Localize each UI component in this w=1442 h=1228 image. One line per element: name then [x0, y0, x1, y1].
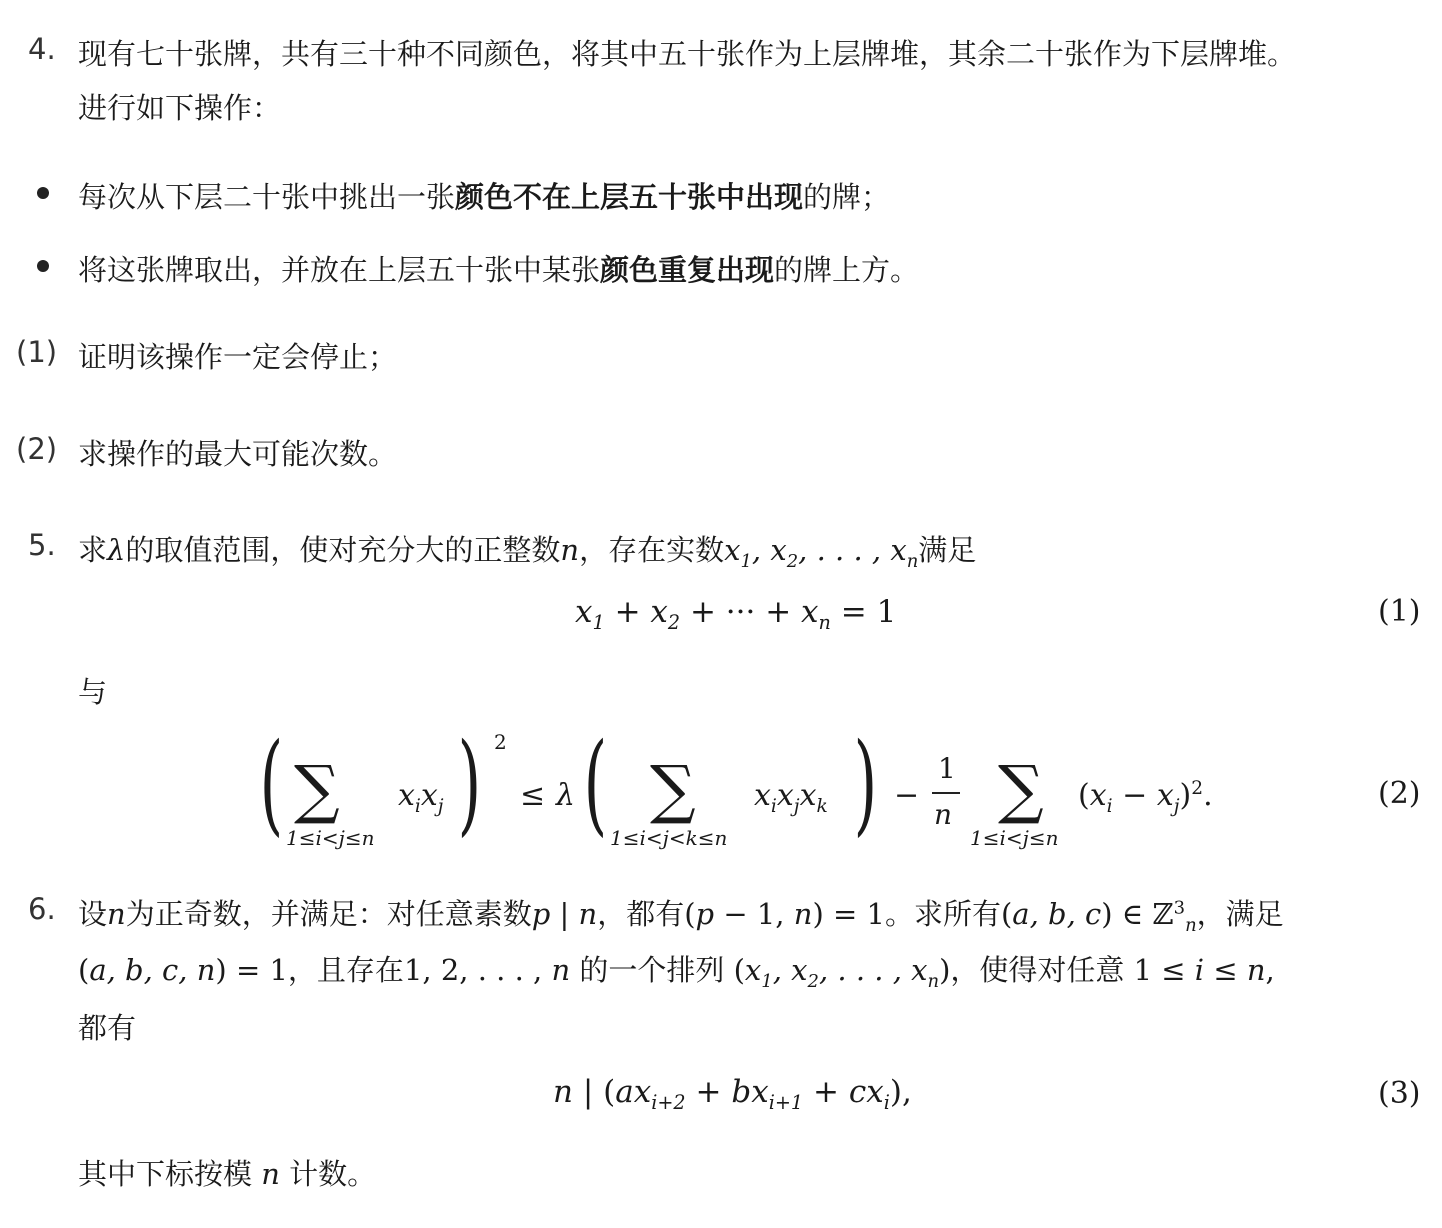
equation-3-tag: (3): [1378, 1076, 1421, 1111]
problem-6-line3: 都有: [78, 1006, 136, 1047]
problem-4-line2: 进行如下操作：: [78, 86, 281, 127]
var-list: x1, x2, . . . , xn: [724, 533, 918, 567]
part-2-label: (2): [16, 432, 57, 466]
bullet-item-2: 将这张牌取出，并放在上层五十张中某张颜色重复出现的牌上方。: [78, 248, 919, 289]
equation-1-tag: (1): [1378, 594, 1421, 629]
problem-4-line1: 现有七十张牌，共有三十种不同颜色，将其中五十张作为上层牌堆，其余二十张作为下层牌…: [78, 32, 1296, 73]
and-text: 与: [78, 670, 107, 711]
bullet-icon: [37, 260, 49, 272]
equation-2-tag: (2): [1378, 776, 1421, 811]
equation-3: n | (axi+2 + bxi+1 + cxi),: [553, 1074, 912, 1114]
problem-4-number: 4.: [28, 32, 56, 66]
part-1-label: (1): [16, 335, 57, 369]
equation-2: ( ∑ 1≤i<j≤n xixj ) 2 ≤ λ ( ∑ 1≤i<j<k≤n x…: [258, 728, 1258, 858]
part-2-text: 求操作的最大可能次数。: [78, 432, 397, 473]
problem-6-line1: 设n为正奇数，并满足：对任意素数p | n，都有(p − 1, n) = 1。求…: [78, 892, 1284, 936]
problem-6-footer: 其中下标按模 n 计数。: [78, 1152, 376, 1193]
problem-6-line2: (a, b, c, n) = 1，且存在1, 2, . . . , n 的一个排…: [78, 948, 1275, 992]
part-1-text: 证明该操作一定会停止；: [78, 335, 397, 376]
problem-5-intro: 求λ的取值范围，使对充分大的正整数n，存在实数x1, x2, . . . , x…: [78, 528, 976, 572]
equation-1: x1 + x2 + ··· + xn = 1: [575, 594, 896, 634]
problem-5-number: 5.: [28, 528, 56, 562]
problem-6-number: 6.: [28, 892, 56, 926]
bullet-item-1: 每次从下层二十张中挑出一张颜色不在上层五十张中出现的牌；: [78, 175, 890, 216]
bullet-icon: [37, 187, 49, 199]
